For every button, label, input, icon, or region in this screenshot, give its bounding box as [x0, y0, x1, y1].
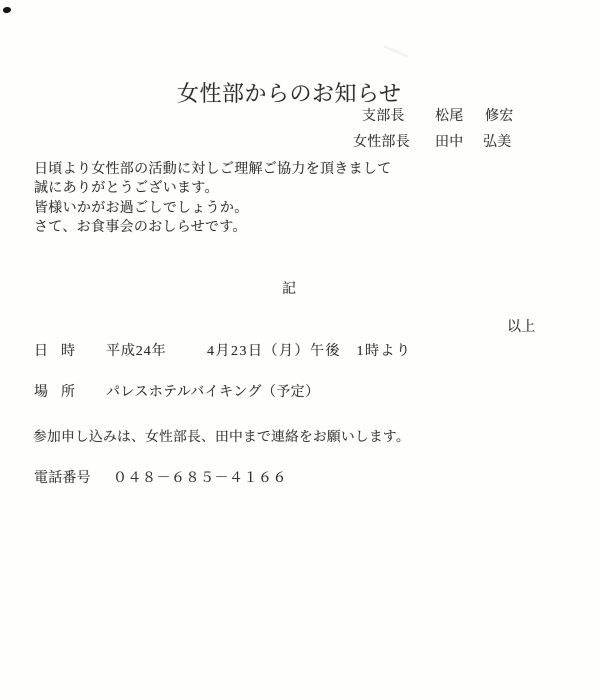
contact-instruction-note: 参加申し込みは、女性部長、田中まで連絡をお願いします。	[33, 430, 410, 444]
phone-number-label: 電話番号	[34, 472, 91, 486]
scan-smudge-artifact	[384, 45, 409, 58]
ki-record-marker: 記	[282, 283, 296, 297]
datetime-value: 4月23日（月）午後 1時より	[207, 345, 412, 359]
greeting-line-3: 皆様いかがお過ごしでしょうか。	[34, 199, 392, 218]
signatory-family-name-branch-manager: 松尾	[435, 110, 463, 124]
signatory-given-name-branch-manager: 修宏	[485, 110, 513, 124]
scanned-notice-document: 女性部からのお知らせ 支部長 松尾 修宏 女性部長 田中 弘美 日頃より女性部の…	[0, 0, 601, 700]
place-label-char-2: 所	[61, 386, 75, 400]
greeting-line-2: 誠にありがとうございます。	[34, 179, 392, 198]
greeting-paragraph: 日頃より女性部の活動に対しご理解ご協力を頂きまして 誠にありがとうございます。 …	[34, 160, 392, 238]
datetime-label-char-2: 時	[61, 345, 75, 359]
signatory-role-womens-division-head: 女性部長	[353, 136, 410, 150]
ijou-end-marker: 以上	[507, 321, 535, 335]
datetime-label-char-1: 日	[34, 345, 48, 359]
document-title: 女性部からのお知らせ	[177, 77, 401, 108]
place-value: パレスホテルバイキング（予定）	[106, 386, 319, 400]
greeting-line-4: さて、お食事会のおしらせです。	[34, 218, 392, 237]
datetime-era-year: 平成24年	[106, 345, 167, 359]
place-label-char-1: 場	[34, 386, 48, 400]
signatory-role-branch-manager: 支部長	[362, 110, 405, 124]
signatory-given-name-womens-division-head: 弘美	[483, 136, 511, 150]
greeting-line-1: 日頃より女性部の活動に対しご理解ご協力を頂きまして	[34, 160, 392, 179]
phone-number-value: ０４８－６８５－４１６６	[113, 472, 287, 486]
scan-speck-artifact	[2, 6, 11, 14]
signatory-family-name-womens-division-head: 田中	[435, 136, 463, 150]
